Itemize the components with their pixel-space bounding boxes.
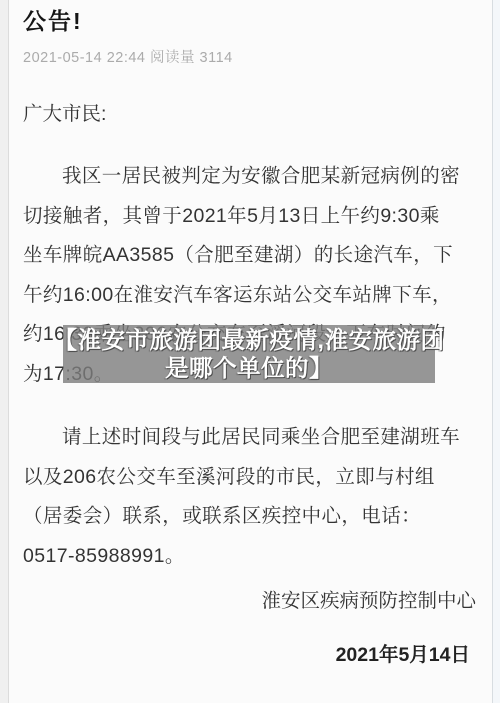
- watermark-text-line: 【淮安市旅游团最新疫情,淮安旅游团: [53, 326, 444, 354]
- paragraph-line: 切接触者，其曾于2021年5月13日上午约9:30乘: [23, 197, 476, 237]
- watermark-text-line: 是哪个单位的】: [165, 354, 333, 382]
- watermark-overlay: 【淮安市旅游团最新疫情,淮安旅游团 是哪个单位的】: [63, 325, 435, 383]
- paragraph-line: 坐车牌皖AA3585（合肥至建湖）的长途汽车，下: [23, 236, 476, 276]
- salutation: 广大市民:: [23, 102, 476, 126]
- paragraph-line: 0517-85988991。: [23, 537, 476, 577]
- left-page-edge: [0, 0, 9, 703]
- post-meta: 2021-05-14 22:44 阅读量 3114: [23, 48, 476, 68]
- paragraph-line: （居委会）联系，或联系区疾控中心，电话：: [23, 497, 476, 537]
- paragraph-2: 请上述时间段与此居民同乘坐合肥至建湖班车 以及206农公交车至溪河段的市民，立即…: [23, 418, 476, 576]
- issuer-signature: 淮安区疾病预防控制中心: [23, 588, 476, 614]
- paragraph-line: 以及206农公交车至溪河段的市民，立即与村组: [23, 458, 476, 498]
- page-title: 公告!: [23, 6, 476, 36]
- paragraph-line: 午约16:00在淮安汽车客运东站公交车站牌下车，: [23, 276, 476, 316]
- paragraph-line: 我区一居民被判定为安徽合肥某新冠病例的密: [23, 157, 476, 197]
- right-page-edge: [492, 0, 500, 703]
- document-date: 2021年5月14日: [23, 642, 476, 668]
- paragraph-line: 请上述时间段与此居民同乘坐合肥至建湖班车: [23, 418, 476, 458]
- announcement-page: 公告! 2021-05-14 22:44 阅读量 3114 广大市民: 我区一居…: [0, 0, 500, 703]
